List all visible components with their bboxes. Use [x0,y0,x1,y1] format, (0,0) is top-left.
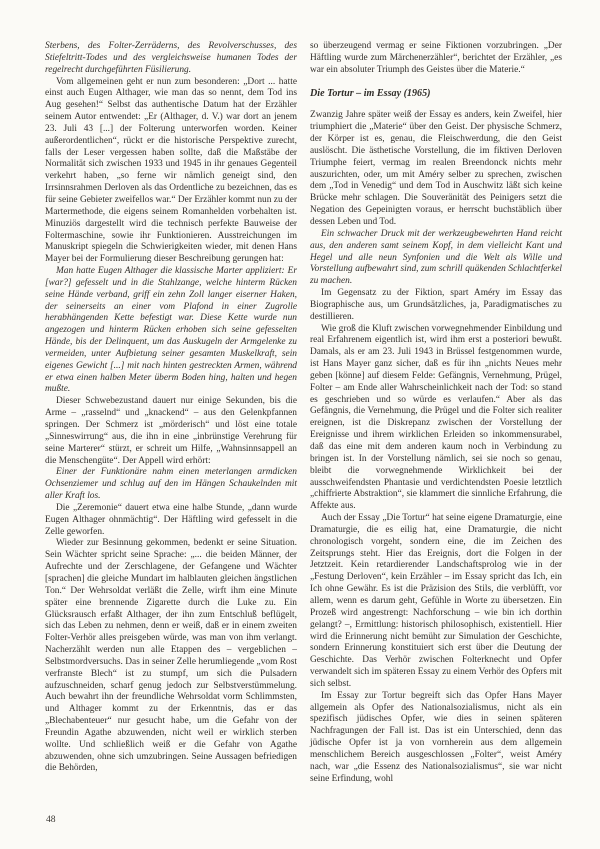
left-column: Sterbens, des Folter-Zerräderns, des Rev… [45,41,297,785]
body-paragraph: Im Gegensatz zu der Fiktion, spart Améry… [310,288,562,324]
two-column-layout: Sterbens, des Folter-Zerräderns, des Rev… [45,41,563,785]
body-paragraph: Im Essay zur Tortur begreift sich das Op… [310,691,562,786]
body-paragraph: Wie groß die Kluft zwischen vorwegnehmen… [310,324,562,514]
blockquote-ochsenziemer: Einer der Funktionäre nahm einen meterla… [45,467,297,503]
section-heading: Die Tortur – im Essay (1965) [310,88,562,100]
body-paragraph: Auch der Essay „Die Tortur“ hat seine ei… [310,513,562,691]
body-paragraph: Die „Zeremonie“ dauert etwa eine halbe S… [45,503,297,539]
body-paragraph: Dieser Schwebezustand dauert nur einige … [45,396,297,467]
body-paragraph: Vom allgemeinen geht er nun zum besonder… [45,77,297,267]
body-paragraph: Zwanzig Jahre später weiß der Essay es a… [310,110,562,228]
right-column: so überzeugend vermag er seine Fiktionen… [310,41,562,785]
body-paragraph: so überzeugend vermag er seine Fiktionen… [310,41,562,77]
book-page: Sterbens, des Folter-Zerräderns, des Rev… [0,0,600,849]
blockquote-marter: Man hatte Eugen Althager die klassische … [45,266,297,396]
page-number: 48 [46,814,56,825]
body-paragraph: Wieder zur Besinnung gekommen, bedenkt e… [45,538,297,775]
opening-quote-continuation: Sterbens, des Folter-Zerräderns, des Rev… [45,41,297,77]
blockquote-druck: Ein schwacher Druck mit der werkzeugbewe… [310,229,562,288]
